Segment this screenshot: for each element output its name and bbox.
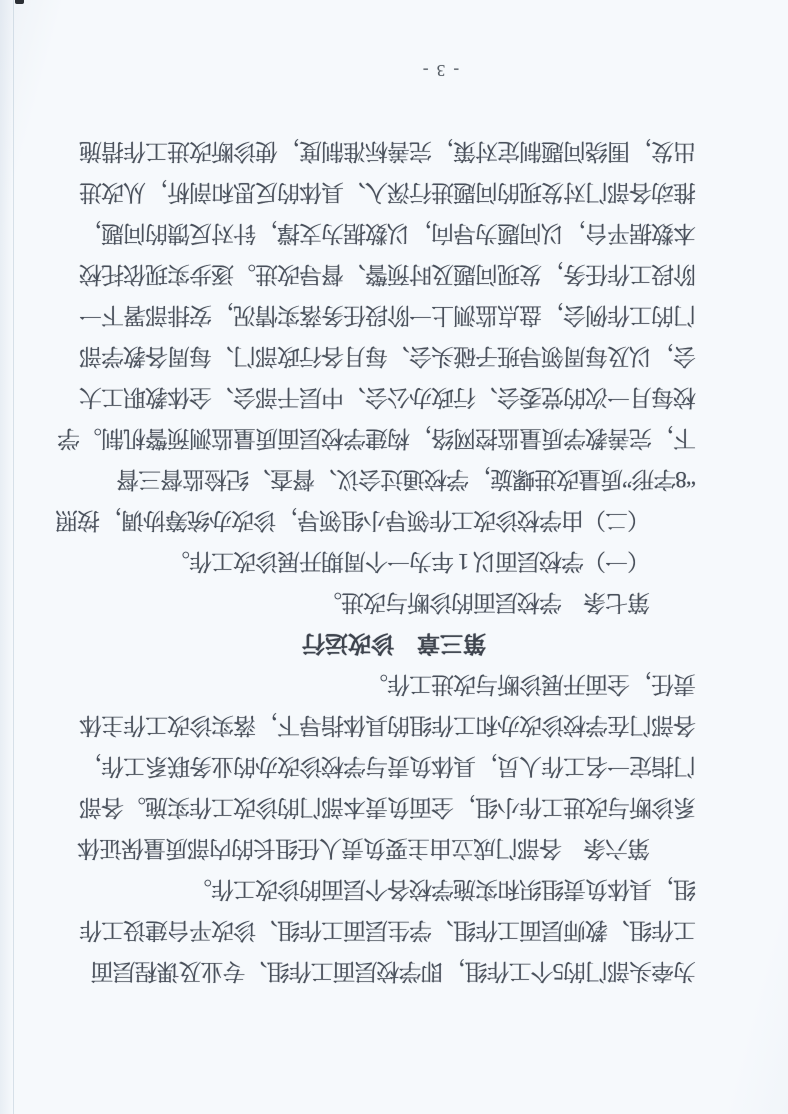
text-line: 门指定一名工作人员，具体负责与学校诊改办的业务联系工作，: [92, 746, 696, 787]
text-line: 推动各部门对发现的问题进行深入、具体的反思和剖析，从改进: [92, 172, 696, 213]
document-text-block: 为牵头部门的5个工作组，即学校层面工作组、专业及课程层面 工作组、教师层面工作组…: [92, 131, 696, 1114]
page-number: - 3 -: [410, 60, 470, 80]
chapter-heading: 第三章 诊改运行: [92, 623, 696, 664]
text-line: 校每月一次的党委会、行政办公会、中层干部会、全体教职工大: [92, 377, 696, 418]
text-line: 责任，全面开展诊断与改进工作。: [92, 664, 696, 705]
list-item-line: （二）由学校诊改工作领导小组领导，诊改办统筹协调，按照: [92, 500, 696, 541]
text-line: 组，具体负责组织和实施学校各个层面的诊改工作。: [92, 869, 696, 910]
text-line: 各部门在学校诊改办和工作组的具体指导下，落实诊改工作主体: [92, 705, 696, 746]
rotated-page-content: 为牵头部门的5个工作组，即学校层面工作组、专业及课程层面 工作组、教师层面工作组…: [0, 0, 788, 1114]
text-line: 下，完善教学质量监控网络，构建学校层面质量监测预警机制。学: [92, 418, 696, 459]
text-line: 门的工作例会，盘点监测上一阶段任务落实情况，安排部署下一: [92, 295, 696, 336]
text-line: “8字形”质量改进螺旋，学校通过会议、督查、纪检监督三督: [92, 459, 696, 500]
text-line: 工作组、教师层面工作组、学生层面工作组、诊改平台建设工作: [92, 910, 696, 951]
text-line: 会，以及每周领导班子碰头会、每月各行政部门、每周各教学部: [92, 336, 696, 377]
text-line: 系诊断与改进工作小组，全面负责本部门的诊改工作实施。各部: [92, 787, 696, 828]
text-line: 本数据平台，以问题为导向，以数据为支撑，针对反馈的问题，: [92, 213, 696, 254]
clause-line-article-6: 第六条 各部门成立由主要负责人任组长的内部质量保证体: [92, 828, 696, 869]
text-line: 阶段工作任务，发现问题及时预警、督导改进。逐步实现依托校: [92, 254, 696, 295]
list-item-line: （一）学校层面以 1 年为一个周期开展诊改工作。: [92, 541, 696, 582]
scanned-page: 为牵头部门的5个工作组，即学校层面工作组、专业及课程层面 工作组、教师层面工作组…: [0, 0, 788, 1114]
clause-line-article-7: 第七条 学校层面的诊断与改进。: [92, 582, 696, 623]
text-line: 为牵头部门的5个工作组，即学校层面工作组、专业及课程层面: [92, 951, 696, 992]
text-line: 出发，围绕问题制定对策，完善标准制度，使诊断改进工作措施: [92, 131, 696, 172]
